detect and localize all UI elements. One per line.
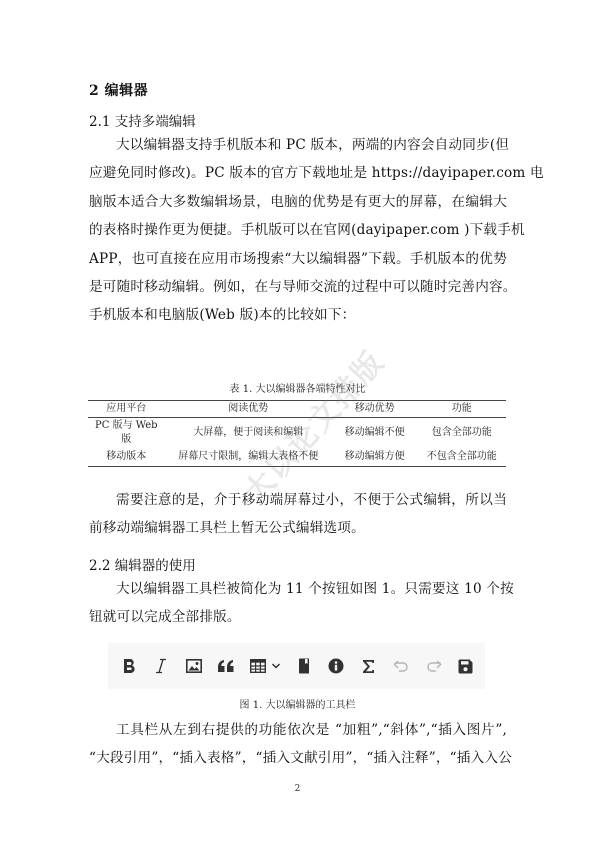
table-row: PC 版与 Web 版 大屏幕，便于阅读和编辑 移动编辑不便 包含全部功能 xyxy=(88,418,506,449)
table-cell: 移动编辑不便 xyxy=(332,418,418,449)
redo-icon xyxy=(426,660,442,672)
image-icon xyxy=(186,659,202,673)
paragraph-line: “大段引用”，“插入表格”，“插入文献引用”，“插入注释”，“插入入公 xyxy=(89,744,507,772)
book-icon xyxy=(298,658,310,674)
undo-icon xyxy=(393,660,409,672)
italic-button[interactable] xyxy=(152,655,170,677)
figure-caption: 图 1. 大以编辑器的工具栏 xyxy=(0,696,595,711)
paragraph-line: 的表格时操作更为便捷。手机版可以在官网(dayipaper.com )下载手机 xyxy=(89,216,507,244)
insert-image-button[interactable] xyxy=(185,655,203,677)
table-cell: 大屏幕，便于阅读和编辑 xyxy=(165,418,332,449)
insert-table-button[interactable] xyxy=(250,655,281,677)
editor-toolbar xyxy=(108,643,485,689)
table-cell-platform: PC 版与 Web 版 xyxy=(88,418,165,449)
blockquote-button[interactable] xyxy=(217,655,235,677)
table-header-row: 应用平台 阅读优势 移动优势 功能 xyxy=(88,401,506,418)
paragraph-toolbar-functions: 工具栏从左到右提供的功能依次是 “加粗”,“斜体”,“插入图片”, “大段引用”… xyxy=(89,716,507,773)
insert-formula-button[interactable] xyxy=(360,655,378,677)
paragraph-line: 钮就可以完成全部排版。 xyxy=(89,603,507,631)
bold-button[interactable] xyxy=(120,655,138,677)
italic-icon xyxy=(155,658,167,674)
table-row: 移动版本 屏幕尺寸限制，编辑大表格不便 移动编辑方便 不包含全部功能 xyxy=(88,448,506,467)
paragraph-line: 应避免同时修改)。PC 版本的官方下载地址是 https://dayipaper… xyxy=(89,159,507,187)
insert-note-button[interactable] xyxy=(327,655,345,677)
document-page: 2 编辑器 2.1 支持多端编辑 大以编辑器支持手机版本和 PC 版本，两端的内… xyxy=(0,0,595,842)
paragraph-line: 手机版本和电脑版(Web 版)本的比较如下： xyxy=(89,301,507,329)
table-cell: 移动编辑方便 xyxy=(332,448,418,467)
sigma-icon xyxy=(362,659,375,674)
insert-citation-button[interactable] xyxy=(295,655,313,677)
table-header-cell: 移动优势 xyxy=(332,401,418,418)
paragraph-editor-usage: 大以编辑器工具栏被简化为 11 个按钮如图 1。只需要这 10 个按 钮就可以完… xyxy=(89,575,507,632)
info-icon xyxy=(328,658,344,674)
table-cell: 屏幕尺寸限制，编辑大表格不便 xyxy=(165,448,332,467)
paragraph-line: 大以编辑器工具栏被简化为 11 个按钮如图 1。只需要这 10 个按 xyxy=(89,575,507,603)
section-heading: 2 编辑器 xyxy=(89,80,148,100)
cell-line: PC 版与 Web xyxy=(95,420,158,431)
paragraph-line: 是可随时移动编辑。例如，在与导师交流的过程中可以随时完善内容。 xyxy=(89,273,507,301)
page-number: 2 xyxy=(0,784,595,794)
save-button[interactable] xyxy=(457,655,475,677)
table-header-cell: 阅读优势 xyxy=(165,401,332,418)
table-caption: 表 1. 大以编辑器各端特性对比 xyxy=(0,380,595,395)
table-icon xyxy=(250,659,266,673)
paragraph-note: 需要注意的是，介于移动端屏幕过小，不便于公式编辑，所以当 前移动端编辑器工具栏上… xyxy=(89,486,507,543)
cell-line: 版 xyxy=(121,434,131,445)
subsection-heading-2-1: 2.1 支持多端编辑 xyxy=(89,110,196,130)
paragraph-line: 大以编辑器支持手机版本和 PC 版本，两端的内容会自动同步(但 xyxy=(89,131,507,159)
paragraph-line: 脑版本适合大多数编辑场景，电脑的优势是有更大的屏幕，在编辑大 xyxy=(89,188,507,216)
subsection-heading-2-2: 2.2 编辑器的使用 xyxy=(89,554,196,574)
redo-button[interactable] xyxy=(425,655,443,677)
table-header-cell: 应用平台 xyxy=(88,401,165,418)
paragraph-line: 工具栏从左到右提供的功能依次是 “加粗”,“斜体”,“插入图片”, xyxy=(89,716,507,744)
undo-button[interactable] xyxy=(392,655,410,677)
table-cell: 不包含全部功能 xyxy=(417,448,506,467)
quote-icon xyxy=(218,660,234,672)
bold-icon xyxy=(122,658,136,674)
paragraph-multi-platform: 大以编辑器支持手机版本和 PC 版本，两端的内容会自动同步(但 应避免同时修改)… xyxy=(89,131,507,330)
save-icon xyxy=(458,659,473,674)
table-cell: 移动版本 xyxy=(88,448,165,467)
table-header-cell: 功能 xyxy=(417,401,506,418)
paragraph-line: APP，也可直接在应用市场搜索“大以编辑器”下载。手机版本的优势 xyxy=(89,245,507,273)
paragraph-line: 前移动端编辑器工具栏上暂无公式编辑选项。 xyxy=(89,514,507,542)
comparison-table: 应用平台 阅读优势 移动优势 功能 PC 版与 Web 版 大屏幕，便于阅读和编… xyxy=(88,400,506,467)
paragraph-line: 需要注意的是，介于移动端屏幕过小，不便于公式编辑，所以当 xyxy=(89,486,507,514)
table-cell: 包含全部功能 xyxy=(417,418,506,449)
chevron-down-icon xyxy=(271,662,281,670)
